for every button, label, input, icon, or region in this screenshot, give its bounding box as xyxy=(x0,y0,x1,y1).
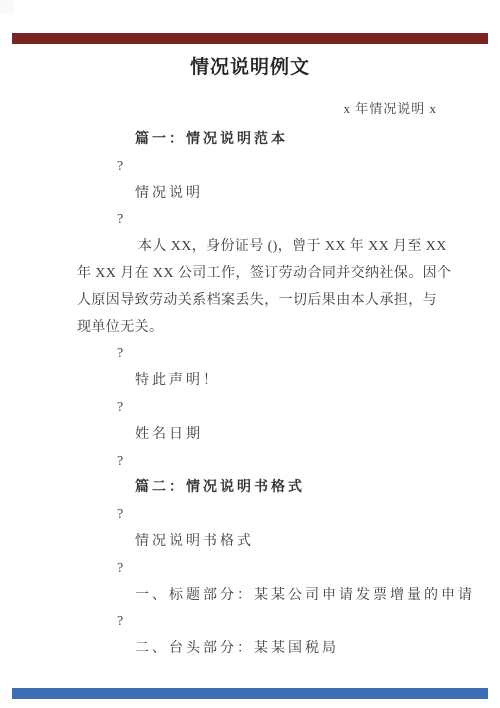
question-mark: ? xyxy=(77,207,440,234)
paragraph-line: 人原因导致劳动关系档案丢失，一切后果由本人承担，与 xyxy=(77,288,440,315)
text-line: 特此声明！ xyxy=(77,368,440,395)
top-page-edge-bar xyxy=(12,33,488,44)
page-corner-artifact xyxy=(0,0,14,14)
text-line: 姓名日期 xyxy=(77,422,440,449)
question-mark: ? xyxy=(77,395,440,422)
document-page: 情况说明例文 x 年情况说明 x 篇一：情况说明范本 ? 情况说明 ? 本人 X… xyxy=(0,0,500,708)
section-heading: 篇一：情况说明范本 xyxy=(77,127,440,154)
question-mark: ? xyxy=(77,609,440,636)
paragraph-line: 现单位无关。 xyxy=(77,315,440,342)
text-line: 情况说明 xyxy=(77,181,440,208)
document-byline: x 年情况说明 x xyxy=(0,100,437,118)
document-body: 篇一：情况说明范本 ? 情况说明 ? 本人 XX，身份证号 ()，曾于 XX 年… xyxy=(77,127,440,663)
document-title: 情况说明例文 xyxy=(0,55,500,81)
paragraph-line: 年 XX 月在 XX 公司工作，签订劳动合同并交纳社保。因个 xyxy=(77,261,440,288)
bottom-page-edge-bar xyxy=(12,688,488,699)
section-heading: 篇二：情况说明书格式 xyxy=(77,475,440,502)
question-mark: ? xyxy=(77,502,440,529)
question-mark: ? xyxy=(77,556,440,583)
text-line: 情况说明书格式 xyxy=(77,529,440,556)
question-mark: ? xyxy=(77,449,440,476)
paragraph-line: 本人 XX，身份证号 ()，曾于 XX 年 XX 月至 XX xyxy=(77,234,440,261)
text-line: 二、台头部分：某某国税局 xyxy=(77,636,440,663)
question-mark: ? xyxy=(77,341,440,368)
question-mark: ? xyxy=(77,154,440,181)
text-line: 一、标题部分：某某公司申请发票增量的申请 xyxy=(77,583,440,610)
